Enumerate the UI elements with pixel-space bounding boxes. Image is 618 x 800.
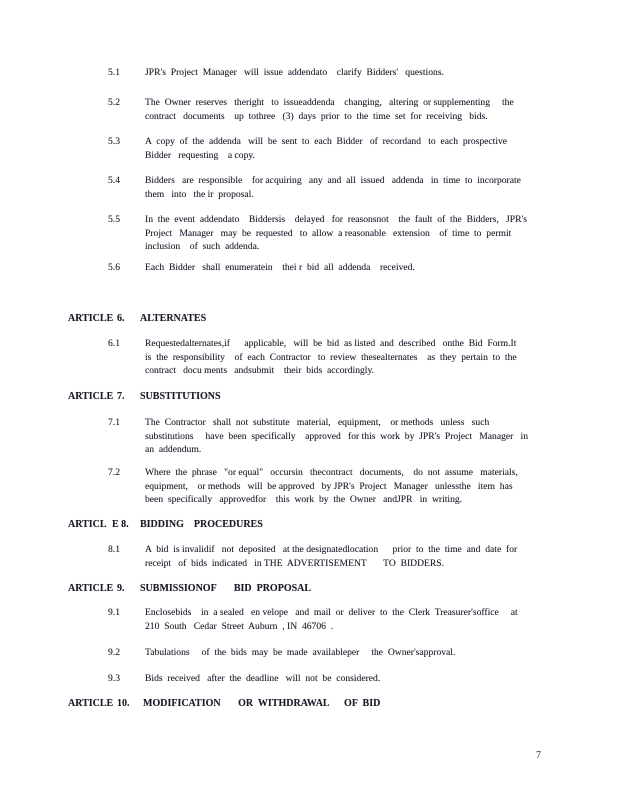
clause-text: Bidders are responsible for acquiring an… — [145, 174, 521, 201]
article-title: SUBSTITUTIONS — [140, 390, 221, 403]
clause-text: Bids received after the deadline will no… — [145, 672, 380, 686]
clause-number: 9.3 — [108, 672, 120, 686]
article-label: ARTICLE — [68, 697, 113, 710]
article-title: SUBMISSIONOF BID PROPOSAL — [140, 582, 311, 595]
document-page: 5.1 JPR's Project Manager will issue add… — [0, 0, 618, 800]
clause-text: Tabulations of the bids may be made avai… — [145, 646, 455, 660]
clause-text: In the event addendato Biddersis delayed… — [145, 213, 527, 254]
clause-number: 7.2 — [108, 466, 120, 480]
article-number: E 8. — [112, 518, 129, 531]
clause-text: A bid is invalidif not deposited at the … — [145, 543, 517, 570]
clause-text: Enclosebids in a sealed en velope and ma… — [145, 606, 518, 633]
clause-number: 9.2 — [108, 646, 120, 660]
clause-text: The Contractor shall not substitute mate… — [145, 416, 528, 457]
article-number: 7. — [117, 390, 125, 403]
article-title: MODIFICATION OR WITHDRAWAL OF BID — [143, 697, 380, 710]
clause-number: 5.4 — [108, 174, 120, 188]
clause-number: 5.3 — [108, 135, 120, 149]
clause-number: 6.1 — [108, 337, 120, 351]
clause-number: 7.1 — [108, 416, 120, 430]
article-title: BIDDING PROCEDURES — [140, 518, 263, 531]
clause-text: Requestedalternates,if applicable, will … — [145, 337, 517, 378]
clause-number: 8.1 — [108, 543, 120, 557]
article-label: ARTICLE — [68, 390, 113, 403]
clause-number: 5.2 — [108, 96, 120, 110]
clause-text: Where the phrase "or equal" occursin the… — [145, 466, 518, 507]
clause-text: The Owner reserves theright to issueadde… — [145, 96, 514, 123]
article-label: ARTICLE — [68, 582, 113, 595]
clause-text: A copy of the addenda will be sent to ea… — [145, 135, 507, 162]
clause-number: 9.1 — [108, 606, 120, 620]
clause-text: JPR's Project Manager will issue addenda… — [145, 66, 444, 80]
article-number: 10. — [117, 697, 130, 710]
page-number: 7 — [536, 750, 541, 761]
article-number: 9. — [117, 582, 125, 595]
article-label: ARTICLE — [68, 312, 113, 325]
clause-number: 5.6 — [108, 261, 120, 275]
clause-number: 5.5 — [108, 213, 120, 227]
article-title: ALTERNATES — [140, 312, 206, 325]
clause-text: Each Bidder shall enumeratein thei r bid… — [145, 261, 415, 275]
article-label: ARTICL — [68, 518, 107, 531]
clause-number: 5.1 — [108, 66, 120, 80]
article-number: 6. — [117, 312, 125, 325]
